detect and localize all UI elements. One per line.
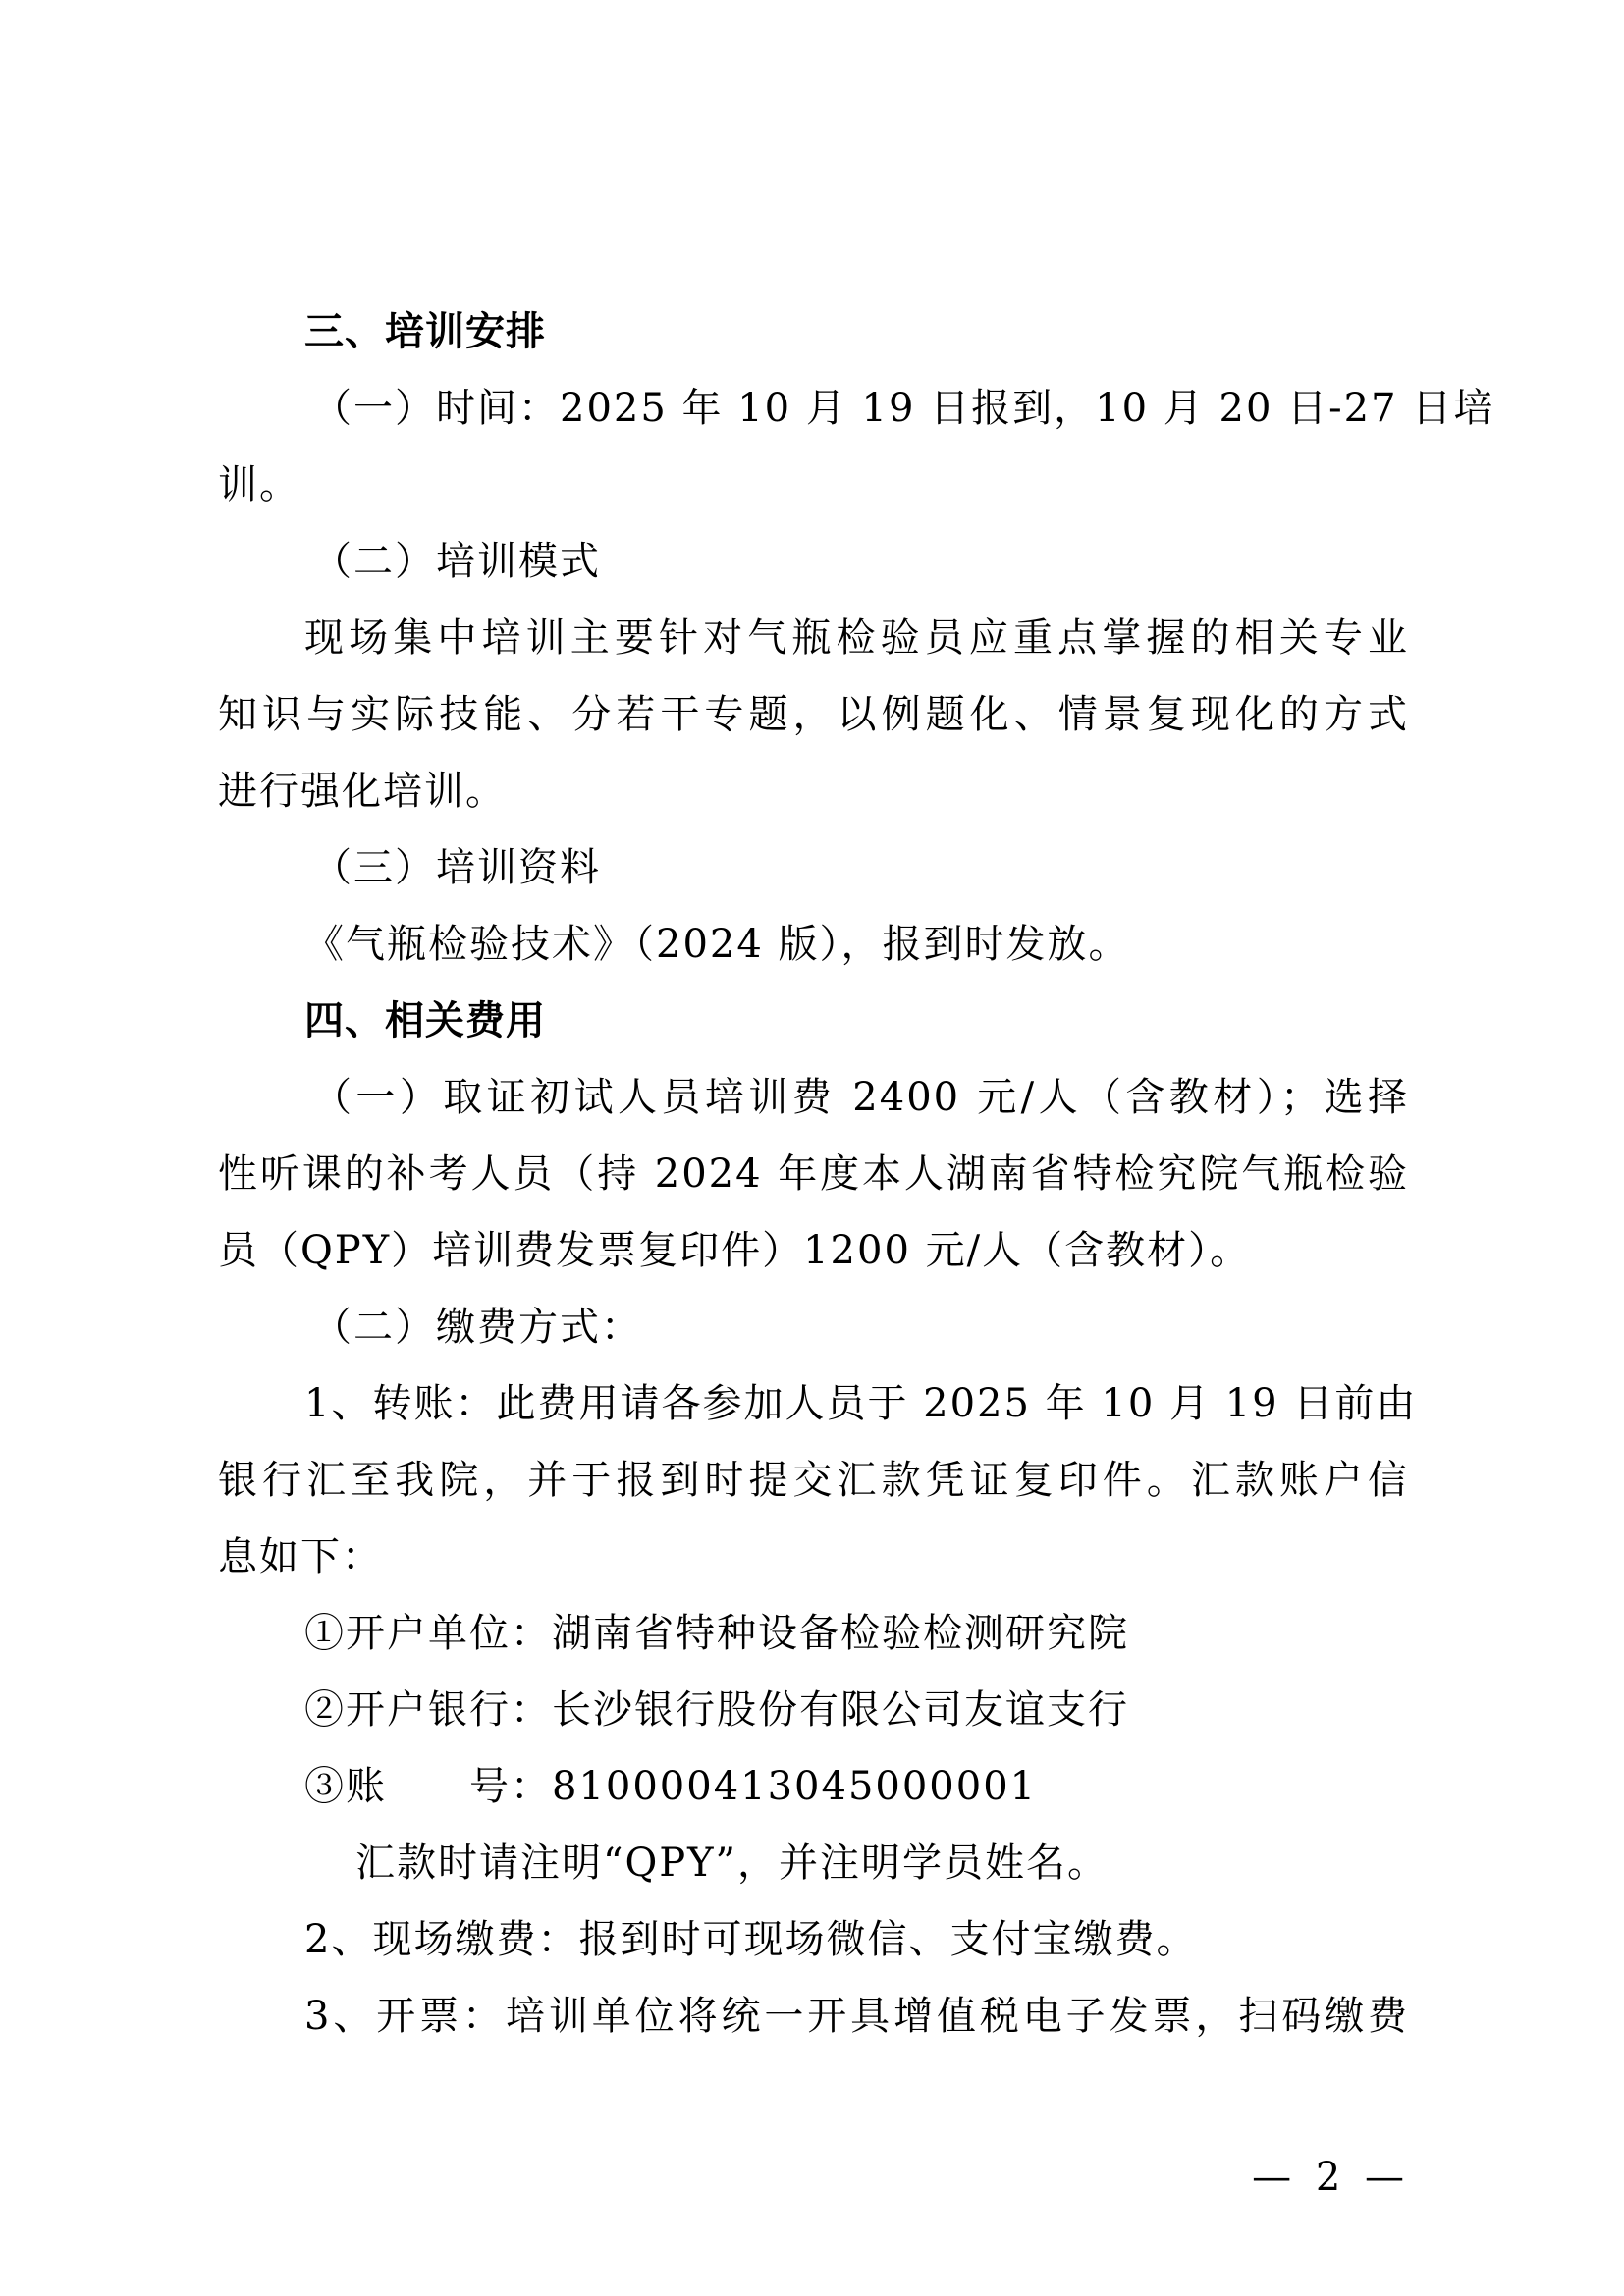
invoice-line-1: 3、开票：培训单位将统一开具增值税电子发票，扫码缴费 — [304, 1991, 1409, 2042]
paragraph-materials: 《气瓶检验技术》（2024 版），报到时发放。 — [304, 919, 1130, 970]
paragraph-time-line-1: （一）时间：2025 年 10 月 19 日报到，10 月 20 日-27 日培 — [312, 383, 1409, 434]
document-page: 三、培训安排 （一）时间：2025 年 10 月 19 日报到，10 月 20 … — [0, 0, 1624, 2296]
paragraph-mode-line-3: 进行强化培训。 — [218, 766, 507, 817]
subheading-training-materials: （三）培训资料 — [312, 842, 601, 893]
subheading-payment-method: （二）缴费方式： — [312, 1302, 642, 1353]
paragraph-fee-line-2: 性听课的补考人员（持 2024 年度本人湖南省特检究院气瓶检验 — [218, 1148, 1409, 1200]
section-heading-fees: 四、相关费用 — [304, 995, 546, 1046]
paragraph-transfer-line-2: 银行汇至我院，并于报到时提交汇款凭证复印件。汇款账户信 — [218, 1455, 1409, 1506]
remit-note: 汇款时请注明“QPY”，并注明学员姓名。 — [355, 1838, 1109, 1889]
paragraph-fee-line-1: （一）取证初试人员培训费 2400 元/人（含教材）；选择 — [312, 1072, 1409, 1123]
account-number-row: ③账 号：810000413045000001 — [304, 1761, 1037, 1812]
page-number: — 2 — — [1252, 2155, 1410, 2200]
onsite-payment: 2、现场缴费：报到时可现场微信、支付宝缴费。 — [304, 1914, 1197, 1965]
account-bank: ②开户银行：长沙银行股份有限公司友谊支行 — [304, 1684, 1129, 1735]
paragraph-time-line-2: 训。 — [218, 459, 300, 510]
section-heading-training-arrangement: 三、培训安排 — [304, 306, 546, 357]
paragraph-fee-line-3: 员（QPY）培训费发票复印件）1200 元/人（含教材）。 — [218, 1225, 1251, 1276]
account-number-label: ③账 号： — [304, 1764, 552, 1809]
account-number: 810000413045000001 — [552, 1764, 1037, 1809]
paragraph-transfer-line-1: 1、转账：此费用请各参加人员于 2025 年 10 月 19 日前由 — [304, 1378, 1409, 1429]
paragraph-mode-line-1: 现场集中培训主要针对气瓶检验员应重点掌握的相关专业 — [304, 613, 1409, 664]
paragraph-mode-line-2: 知识与实际技能、分若干专题，以例题化、情景复现化的方式 — [218, 689, 1409, 740]
account-unit: ①开户单位：湖南省特种设备检验检测研究院 — [304, 1608, 1129, 1659]
subheading-training-mode: （二）培训模式 — [312, 536, 601, 587]
paragraph-transfer-line-3: 息如下： — [218, 1531, 383, 1582]
